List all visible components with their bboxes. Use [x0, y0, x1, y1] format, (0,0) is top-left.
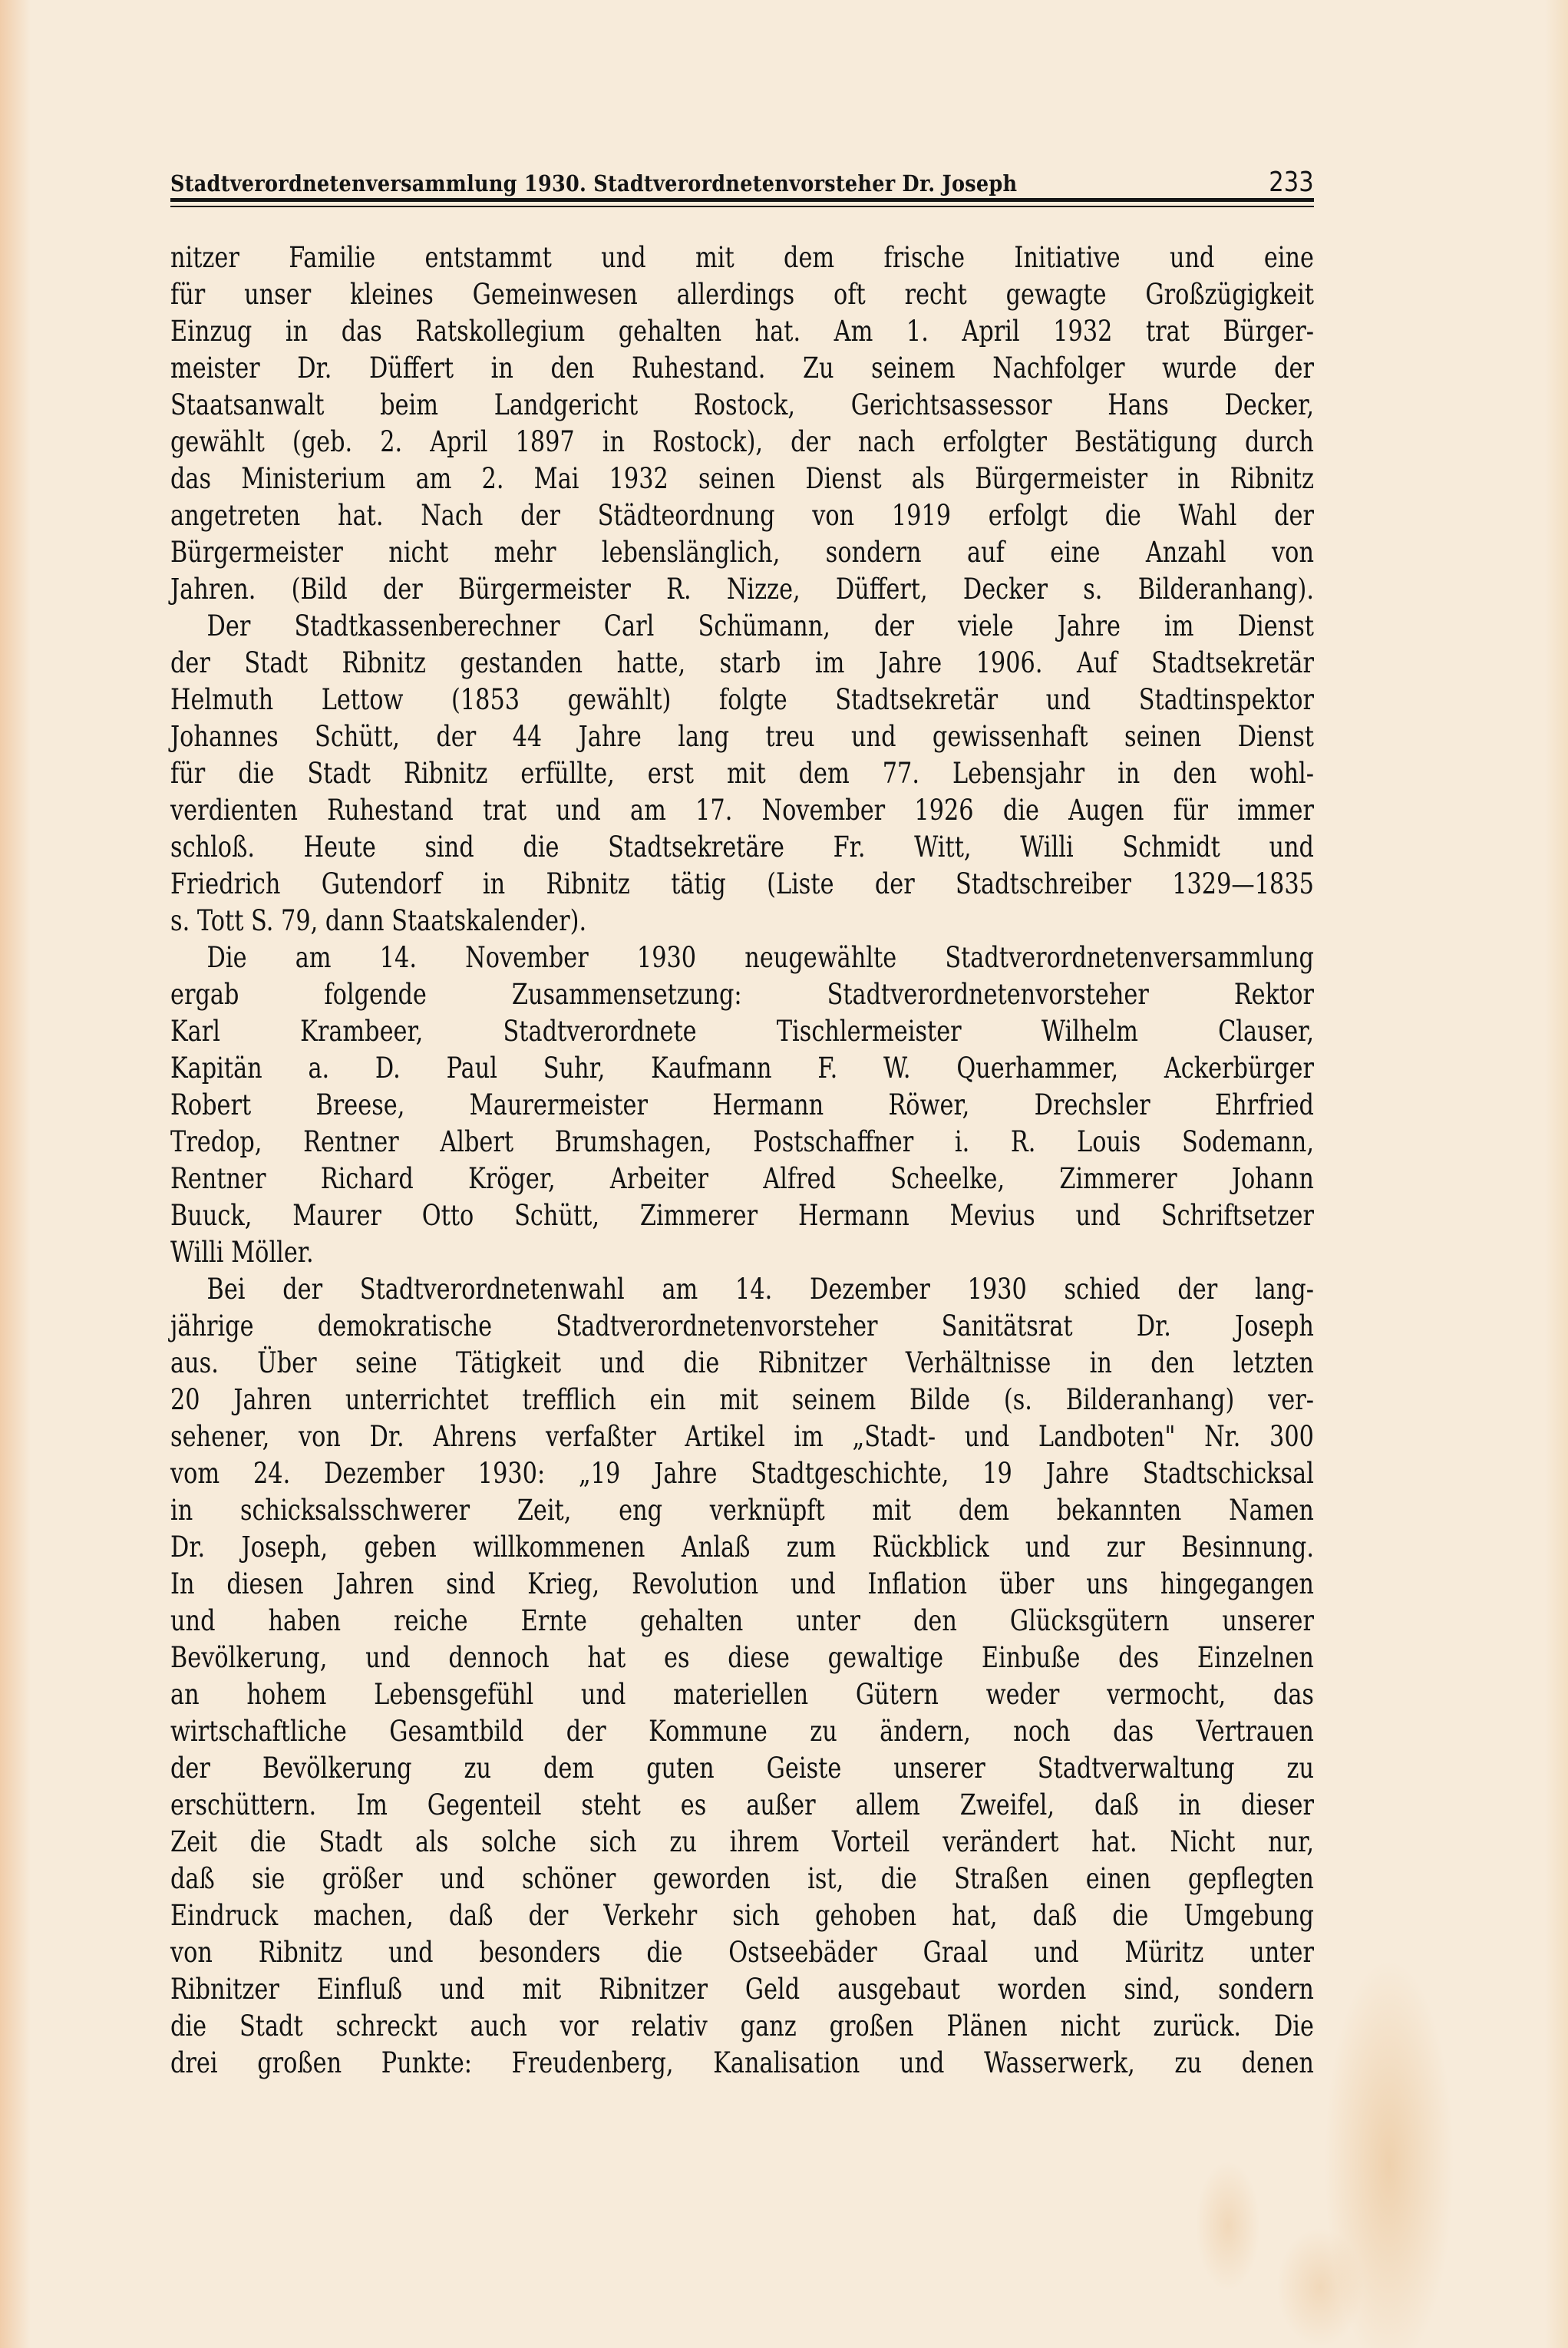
text-line: in schicksalsschwerer Zeit, eng verknüpf…: [170, 1492, 1314, 1529]
text-line: schloß. Heute sind die Stadtsekretäre Fr…: [170, 829, 1314, 866]
text-line: Zeit die Stadt als solche sich zu ihrem …: [170, 1824, 1314, 1861]
text-line: Dr. Joseph, geben willkommenen Anlaß zum…: [170, 1529, 1314, 1566]
paragraph: nitzer Familie entstammt und mit dem fri…: [170, 239, 1314, 608]
text-line: und haben reiche Ernte gehalten unter de…: [170, 1603, 1314, 1640]
text-line: Rentner Richard Kröger, Arbeiter Alfred …: [170, 1161, 1314, 1197]
text-line: gewählt (geb. 2. April 1897 in Rostock),…: [170, 424, 1314, 461]
text-line: Bevölkerung, und dennoch hat es diese ge…: [170, 1640, 1314, 1676]
paragraph: Der Stadtkassenberechner Carl Schümann, …: [170, 608, 1314, 940]
text-line: ergab folgende Zusammensetzung: Stadtver…: [170, 976, 1314, 1013]
text-line: angetreten hat. Nach der Städteordnung v…: [170, 497, 1314, 534]
text-line: Staatsanwalt beim Landgericht Rostock, G…: [170, 387, 1314, 424]
text-line: wirtschaftliche Gesamtbild der Kommune z…: [170, 1713, 1314, 1750]
text-line: Johannes Schütt, der 44 Jahre lang treu …: [170, 718, 1314, 755]
paragraph: Bei der Stadtverordnetenwahl am 14. Deze…: [170, 1271, 1314, 2082]
text-line: Ribnitzer Einfluß und mit Ribnitzer Geld…: [170, 1971, 1314, 2008]
text-line: verdienten Ruhestand trat und am 17. Nov…: [170, 792, 1314, 829]
text-line: das Ministerium am 2. Mai 1932 seinen Di…: [170, 461, 1314, 497]
paragraph: Die am 14. November 1930 neugewählte Sta…: [170, 940, 1314, 1271]
text-line: der Bevölkerung zu dem guten Geiste unse…: [170, 1750, 1314, 1787]
text-line: Karl Krambeer, Stadtverordnete Tischlerm…: [170, 1013, 1314, 1050]
body-text: nitzer Familie entstammt und mit dem fri…: [170, 239, 1314, 2082]
header-rule-thick: [170, 198, 1314, 202]
text-line: Bei der Stadtverordnetenwahl am 14. Deze…: [170, 1271, 1314, 1308]
book-page: Stadtverordnetenversammlung 1930. Stadtv…: [0, 0, 1568, 2348]
text-line: an hohem Lebensgefühl und materiellen Gü…: [170, 1676, 1314, 1713]
text-line: daß sie größer und schöner geworden ist,…: [170, 1861, 1314, 1897]
text-line: der Stadt Ribnitz gestanden hatte, starb…: [170, 645, 1314, 682]
text-line: meister Dr. Düffert in den Ruhestand. Zu…: [170, 350, 1314, 387]
text-line: s. Tott S. 79, dann Staatskalender).: [170, 903, 1314, 940]
running-head: Stadtverordnetenversammlung 1930. Stadtv…: [170, 158, 1314, 196]
text-line: Eindruck machen, daß der Verkehr sich ge…: [170, 1897, 1314, 1934]
text-line: jährige demokratische Stadtverordnetenvo…: [170, 1308, 1314, 1345]
text-line: Robert Breese, Maurermeister Hermann Röw…: [170, 1087, 1314, 1124]
text-line: Einzug in das Ratskollegium gehalten hat…: [170, 313, 1314, 350]
text-line: drei großen Punkte: Freudenberg, Kanalis…: [170, 2045, 1314, 2082]
text-line: Die am 14. November 1930 neugewählte Sta…: [170, 940, 1314, 976]
text-line: aus. Über seine Tätigkeit und die Ribnit…: [170, 1345, 1314, 1382]
page-number: 233: [1269, 169, 1314, 196]
text-line: Buuck, Maurer Otto Schütt, Zimmerer Herm…: [170, 1197, 1314, 1234]
text-line: für die Stadt Ribnitz erfüllte, erst mit…: [170, 755, 1314, 792]
text-line: Der Stadtkassenberechner Carl Schümann, …: [170, 608, 1314, 645]
header-rule-thin: [170, 206, 1314, 207]
text-line: erschüttern. Im Gegenteil steht es außer…: [170, 1787, 1314, 1824]
text-line: die Stadt schreckt auch vor relativ ganz…: [170, 2008, 1314, 2045]
text-line: sehener, von Dr. Ahrens verfaßter Artike…: [170, 1418, 1314, 1455]
text-line: In diesen Jahren sind Krieg, Revolution …: [170, 1566, 1314, 1603]
text-line: vom 24. Dezember 1930: „19 Jahre Stadtge…: [170, 1455, 1314, 1492]
text-line: 20 Jahren unterrichtet trefflich ein mit…: [170, 1382, 1314, 1418]
text-line: Tredop, Rentner Albert Brumshagen, Posts…: [170, 1124, 1314, 1161]
running-head-title: Stadtverordnetenversammlung 1930. Stadtv…: [170, 170, 1017, 196]
text-line: für unser kleines Gemeinwesen allerdings…: [170, 276, 1314, 313]
text-line: Helmuth Lettow (1853 gewählt) folgte Sta…: [170, 682, 1314, 718]
text-line: Kapitän a. D. Paul Suhr, Kaufmann F. W. …: [170, 1050, 1314, 1087]
text-line: Bürgermeister nicht mehr lebenslänglich,…: [170, 534, 1314, 571]
text-line: Jahren. (Bild der Bürgermeister R. Nizze…: [170, 571, 1314, 608]
text-line: von Ribnitz und besonders die Ostseebäde…: [170, 1934, 1314, 1971]
text-line: nitzer Familie entstammt und mit dem fri…: [170, 239, 1314, 276]
text-line: Friedrich Gutendorf in Ribnitz tätig (Li…: [170, 866, 1314, 903]
text-line: Willi Möller.: [170, 1234, 1314, 1271]
